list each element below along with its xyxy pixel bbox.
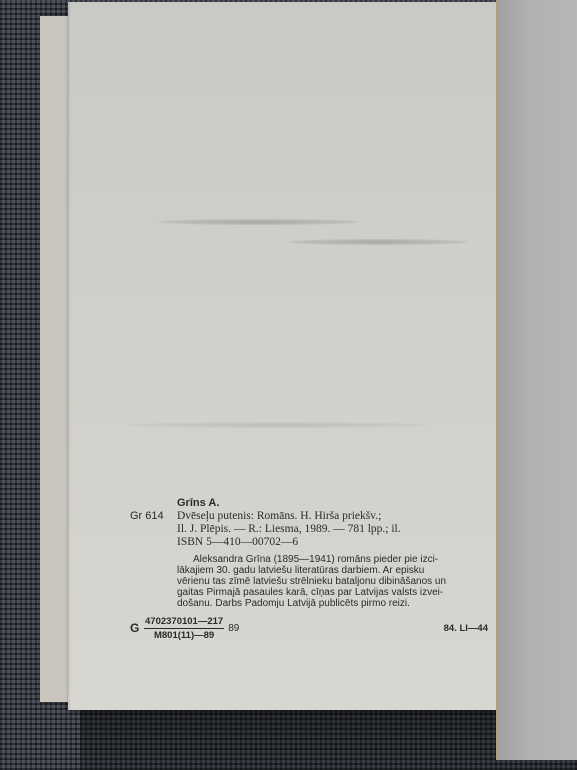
book-cover-right: [496, 0, 577, 760]
page-wrinkle: [288, 239, 468, 245]
catalog-footer: G 4702370101—217 M801(11)—89 89 84. Ll—4…: [130, 615, 500, 642]
page-wrinkle: [128, 422, 428, 428]
annotation-line: lākajiem 30. gadu latviešu literatūras d…: [177, 565, 490, 576]
page-wrinkle: [158, 219, 358, 225]
bib-line: Dvēseļu putenis: Romāns. H. Hirša priekš…: [177, 510, 500, 523]
bibliographic-lines: Dvēseļu putenis: Romāns. H. Hirša priekš…: [177, 510, 500, 549]
fraction-denominator: M801(11)—89: [153, 629, 215, 642]
bib-line: Il. J. Plēpis. — R.: Liesma, 1989. — 781…: [177, 523, 500, 536]
page-fold-crease: [68, 2, 71, 710]
annotation-paragraph: Aleksandra Grīna (1895—1941) romāns pied…: [130, 554, 500, 609]
annotation-line: došanu. Darbs Padomju Latvijā publicēts …: [177, 598, 490, 609]
author-heading: Grīns A.: [130, 497, 500, 510]
bibliographic-entry: Gr 614 Dvēseļu putenis: Romāns. H. Hirša…: [130, 510, 500, 549]
annotation-line: gaitas Pirmajā pasaules karā, cīņas par …: [177, 587, 490, 598]
annotation-line: Aleksandra Grīna (1895—1941) romāns pied…: [177, 554, 490, 565]
catalog-fraction: 4702370101—217 M801(11)—89: [144, 615, 224, 642]
bbk-code: 84. Ll—44: [444, 622, 488, 635]
fraction-numerator: 4702370101—217: [144, 615, 224, 629]
classmark: Gr 614: [130, 510, 177, 549]
fraction-suffix: 89: [228, 622, 239, 635]
annotation-line: vērienu tas zīmē latviešu strēlnieku bat…: [177, 576, 490, 587]
catalog-card-block: Grīns A. Gr 614 Dvēseļu putenis: Romāns.…: [130, 497, 500, 642]
catalog-prefix: G: [130, 622, 144, 635]
isbn-line: ISBN 5—410—00702—6: [177, 536, 500, 549]
